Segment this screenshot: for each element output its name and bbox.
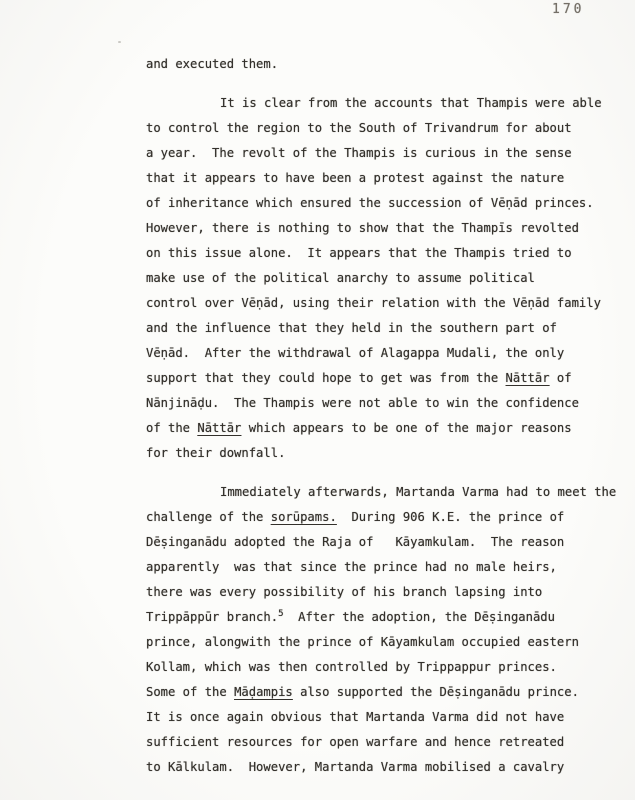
text-segment: make use of the political anarchy to ass…	[146, 271, 535, 285]
text-line: there was every possibility of his branc…	[146, 580, 616, 605]
text-segment: Māḍampis	[234, 685, 293, 699]
text-segment: Nānjināḍu. The Thampis were not able to …	[146, 396, 579, 410]
text-segment: of the	[146, 421, 197, 435]
text-line: for their downfall.	[146, 441, 616, 466]
text-line: Dēṣinganādu adopted the Raja of Kāyamkul…	[146, 530, 616, 555]
text-line: control over Vēṇād, using their relation…	[146, 291, 616, 316]
text-segment: Kollam, which was then controlled by Tri…	[146, 660, 557, 674]
text-line: of the Nāttār which appears to be one of…	[146, 416, 616, 441]
text-segment: to Kālkulam. However, Martanda Varma mob…	[146, 760, 564, 774]
text-segment: control over Vēṇād, using their relation…	[146, 296, 601, 310]
text-segment: of	[550, 371, 572, 385]
text-line: Some of the Māḍampis also supported the …	[146, 680, 616, 705]
text-segment: Vēṇād. After the withdrawal of Alagappa …	[146, 346, 564, 360]
document-text: and executed them.It is clear from the a…	[146, 52, 616, 780]
text-segment: support that they could hope to get was …	[146, 371, 506, 385]
text-line: make use of the political anarchy to ass…	[146, 266, 616, 291]
text-segment: Nāttār	[506, 371, 550, 385]
text-segment: Trippāppūr branch.	[146, 610, 278, 624]
text-segment: prince, alongwith the prince of Kāyamkul…	[146, 635, 579, 649]
text-segment: However, there is nothing to show that t…	[146, 221, 579, 235]
text-line: to control the region to the South of Tr…	[146, 116, 616, 141]
text-segment: also supported the Dēṣinganādu prince.	[293, 685, 579, 699]
text-segment: Dēṣinganādu adopted the Raja of Kāyamkul…	[146, 535, 564, 549]
scan-page: 170 and executed them.It is clear from t…	[0, 0, 635, 800]
text-segment: Nāttār	[197, 421, 241, 435]
text-segment: Some of the	[146, 685, 234, 699]
text-segment: of inheritance which ensured the success…	[146, 196, 594, 210]
text-segment: sorūpams.	[271, 510, 337, 524]
text-line: apparently was that since the prince had…	[146, 555, 616, 580]
text-line: of inheritance which ensured the success…	[146, 191, 616, 216]
text-segment: After the adoption, the Dēṣinganādu	[284, 610, 556, 624]
text-line: It is once again obvious that Martanda V…	[146, 705, 616, 730]
text-line: Trippāppūr branch.5 After the adoption, …	[146, 605, 616, 630]
text-segment: Immediately afterwards, Martanda Varma h…	[220, 485, 616, 499]
text-line: to Kālkulam. However, Martanda Varma mob…	[146, 755, 616, 780]
text-segment: a year. The revolt of the Thampis is cur…	[146, 146, 572, 160]
text-segment: which appears to be one of the major rea…	[241, 421, 571, 435]
scan-speck	[118, 41, 121, 43]
text-line: that it appears to have been a protest a…	[146, 166, 616, 191]
text-segment: During 906 K.E. the prince of	[337, 510, 564, 524]
paragraph: Immediately afterwards, Martanda Varma h…	[146, 480, 616, 780]
text-line: and executed them.	[146, 52, 616, 77]
text-line: However, there is nothing to show that t…	[146, 216, 616, 241]
footnote-ref: 5	[278, 609, 283, 619]
text-segment: and the influence that they held in the …	[146, 321, 557, 335]
text-line: and the influence that they held in the …	[146, 316, 616, 341]
paragraph: It is clear from the accounts that Thamp…	[146, 91, 616, 466]
paragraph: and executed them.	[146, 52, 616, 77]
text-line: support that they could hope to get was …	[146, 366, 616, 391]
text-segment: challenge of the	[146, 510, 271, 524]
text-line: prince, alongwith the prince of Kāyamkul…	[146, 630, 616, 655]
text-segment: there was every possibility of his branc…	[146, 585, 542, 599]
text-segment: on this issue alone. It appears that the…	[146, 246, 572, 260]
text-segment: to control the region to the South of Tr…	[146, 121, 572, 135]
page-number: 170	[552, 2, 584, 17]
text-line: sufficient resources for open warfare an…	[146, 730, 616, 755]
text-line: It is clear from the accounts that Thamp…	[146, 91, 616, 116]
text-segment: sufficient resources for open warfare an…	[146, 735, 564, 749]
text-segment: for their downfall.	[146, 446, 285, 460]
text-line: Vēṇād. After the withdrawal of Alagappa …	[146, 341, 616, 366]
text-segment: It is clear from the accounts that Thamp…	[220, 96, 602, 110]
text-segment: apparently was that since the prince had…	[146, 560, 557, 574]
text-line: Kollam, which was then controlled by Tri…	[146, 655, 616, 680]
text-segment: that it appears to have been a protest a…	[146, 171, 564, 185]
text-segment: It is once again obvious that Martanda V…	[146, 710, 564, 724]
text-line: on this issue alone. It appears that the…	[146, 241, 616, 266]
text-line: challenge of the sorūpams. During 906 K.…	[146, 505, 616, 530]
text-segment: and executed them.	[146, 57, 278, 71]
text-line: a year. The revolt of the Thampis is cur…	[146, 141, 616, 166]
text-line: Immediately afterwards, Martanda Varma h…	[146, 480, 616, 505]
text-line: Nānjināḍu. The Thampis were not able to …	[146, 391, 616, 416]
